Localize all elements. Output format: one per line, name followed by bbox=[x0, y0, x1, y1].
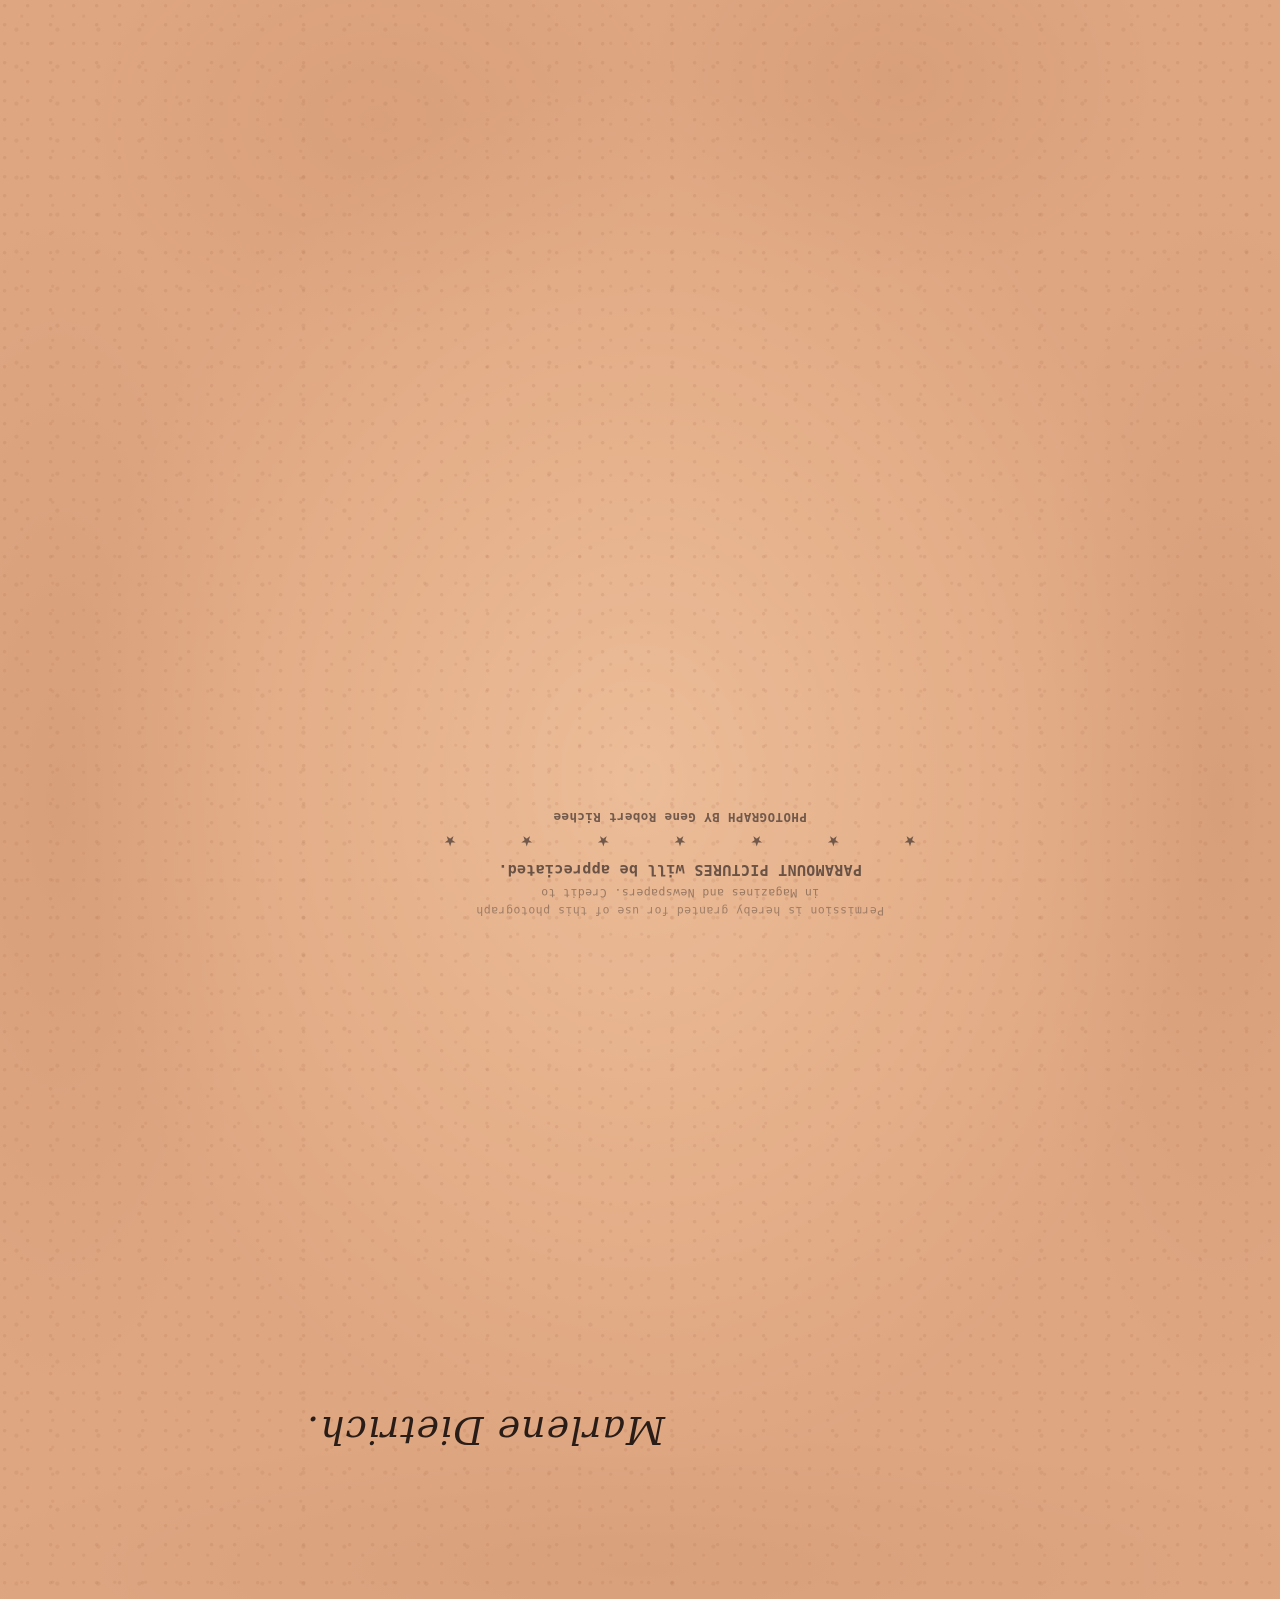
star-icon: ★ bbox=[521, 830, 533, 856]
star-icon: ★ bbox=[597, 830, 609, 856]
star-icon: ★ bbox=[444, 830, 456, 856]
stamp-star-row: ★ ★ ★ ★ ★ ★ ★ bbox=[440, 830, 920, 856]
stamp-permission-line: Permission is hereby granted for use of … bbox=[440, 902, 920, 920]
stamp-publication-line: in Magazines and Newspapers. Credit to bbox=[440, 884, 920, 902]
handwritten-signature: Marlene Dietrich. bbox=[345, 1395, 665, 1465]
stamp-paramount-credit-line: PARAMOUNT PICTURES will be appreciated. bbox=[440, 858, 920, 882]
stamp-photographer-credit: PHOTOGRAPH BY Gene Robert Richee bbox=[440, 806, 920, 828]
star-icon: ★ bbox=[674, 830, 686, 856]
star-icon: ★ bbox=[904, 830, 916, 856]
paramount-credit-stamp: Permission is hereby granted for use of … bbox=[440, 760, 920, 920]
star-icon: ★ bbox=[751, 830, 763, 856]
star-icon: ★ bbox=[827, 830, 839, 856]
